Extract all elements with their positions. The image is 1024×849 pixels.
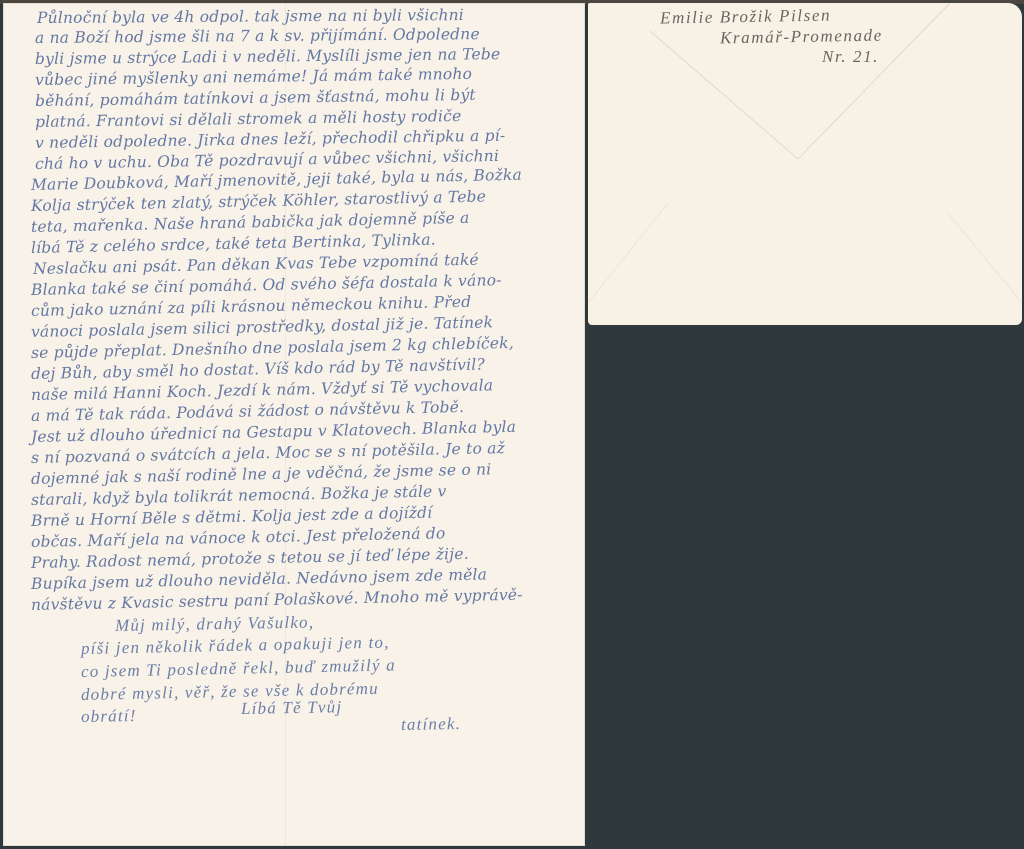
letter-line: a na Boží hod jsme šli na 7 a k sv. přij… [35, 25, 480, 47]
letter-line: běhání, pomáhám tatínkovi a jsem šťastná… [35, 86, 476, 110]
return-address-street: Kramář-Promenade [720, 26, 883, 49]
letter-line: Půlnoční byla ve 4h odpol. tak jsme na n… [37, 6, 464, 27]
envelope-flap-outline [588, 3, 1022, 325]
letter-line: Můj milý, drahý Vašulko, [115, 613, 315, 636]
letter-signature: tatínek. [401, 714, 461, 735]
mother-letter-text: Půlnoční byla ve 4h odpol. tak jsme na n… [3, 3, 585, 603]
return-address-name: Emilie Brožik Pilsen [660, 6, 831, 29]
letter-line: píši jen několik řádek a opakuji jen to, [81, 633, 390, 659]
letter-line: co jsem Ti posledně řekl, buď zmužilý a [81, 655, 396, 682]
letter-line: obrátí! [81, 706, 137, 727]
letter-signoff: Líbá Tě Tvůj [241, 697, 343, 719]
return-address-number: Nr. 21. [822, 47, 879, 67]
envelope-back: Emilie Brožik Pilsen Kramář-Promenade Nr… [588, 3, 1022, 325]
letter-line: vůbec jiné myšlenky ani nemáme! Já mám t… [35, 65, 472, 89]
scan-background [588, 325, 1024, 849]
handwritten-letter-page: Půlnoční byla ve 4h odpol. tak jsme na n… [3, 3, 585, 846]
